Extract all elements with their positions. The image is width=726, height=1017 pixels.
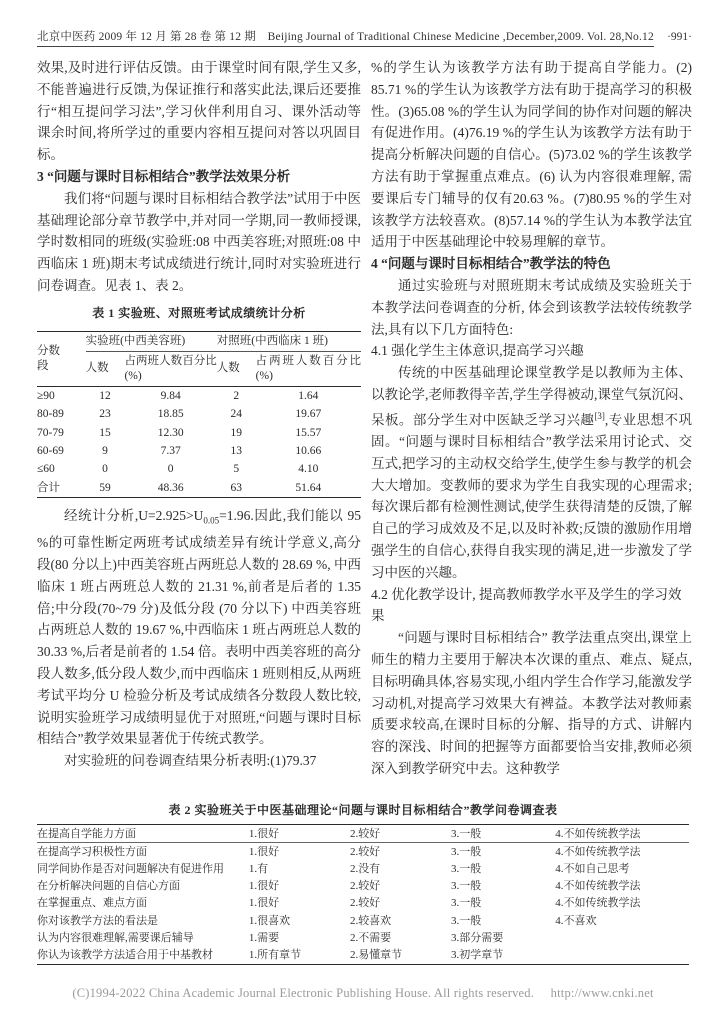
table-row: 你对该教学方法的看法是1.很喜欢2.较喜欢3.一般4.不喜欢 bbox=[37, 912, 689, 929]
table-cell: 认为内容很难理解,需要课后辅导 bbox=[37, 929, 249, 946]
table-cell: 2.较好 bbox=[350, 878, 451, 895]
table-cell: 1.所有章节 bbox=[249, 946, 350, 964]
table-cell: 1.64 bbox=[256, 387, 361, 405]
table-row: 在分析解决问题的自信心方面1.很好2.较好3.一般4.不如传统教学法 bbox=[37, 878, 689, 895]
table-cell: 2.较喜欢 bbox=[350, 912, 451, 929]
table-cell: 3.一般 bbox=[451, 843, 555, 861]
table-cell: 同学间协作是否对问题解决有促进作用 bbox=[37, 860, 249, 877]
paragraph: “问题与课时目标相结合” 教学法重点突出,课堂上师生的精力主要用于解决本次课的重… bbox=[371, 627, 692, 780]
table-cell: 63 bbox=[217, 478, 256, 496]
table-cell: 2.较好 bbox=[350, 825, 451, 843]
table-row: 你认为该教学方法适合用于中基教材1.所有章节2.易懂章节3.初学章节 bbox=[37, 946, 689, 964]
paragraph: 传统的中医基础理论课堂教学是以教师为主体、以教论学,老师教得辛苦,学生学得被动,… bbox=[371, 362, 692, 583]
left-column: 效果,及时进行评估反馈。由于课堂时间有限,学生又多,不能普遍进行反馈,为保证推行… bbox=[37, 57, 361, 772]
table-cell: 4.不如传统教学法 bbox=[555, 825, 689, 843]
table1-subheader: 人数 bbox=[217, 352, 256, 387]
table-cell: 1.很好 bbox=[249, 843, 350, 861]
stat-text-post: =1.96.因此,我们能以 95 %的可靠性断定两班考试成绩差异有统计学意义,高… bbox=[37, 508, 361, 747]
table-cell: 3.一般 bbox=[451, 912, 555, 929]
table1-subheader: 人数 bbox=[86, 352, 125, 387]
paragraph: 对实验班的问卷调查结果分析表明:(1)79.37 bbox=[37, 750, 361, 772]
table-cell: 1.很好 bbox=[249, 825, 350, 843]
table-cell: 13 bbox=[217, 442, 256, 460]
table-cell: 1.很喜欢 bbox=[249, 912, 350, 929]
section-3-heading: 3 “问题与课时目标相结合”教学法效果分析 bbox=[37, 166, 361, 188]
table1-title: 表 1 实验班、对照班考试成绩统计分析 bbox=[37, 303, 361, 325]
table-cell: 1.需要 bbox=[249, 929, 350, 946]
table-row: 在掌握重点、难点方面1.很好2.较好3.一般4.不如传统教学法 bbox=[37, 895, 689, 912]
table-cell: 51.64 bbox=[256, 478, 361, 496]
paragraph-continuation: 效果,及时进行评估反馈。由于课堂时间有限,学生又多,不能普遍进行反馈,为保证推行… bbox=[37, 57, 361, 166]
table-cell: 23 bbox=[86, 405, 125, 423]
table-cell: 9 bbox=[86, 442, 125, 460]
table-row: 同学间协作是否对问题解决有促进作用1.有2.没有3.一般4.不如自己思考 bbox=[37, 860, 689, 877]
table-cell: 3.部分需要 bbox=[451, 929, 555, 946]
table1-seg-header-line2: 段 bbox=[37, 359, 86, 374]
table-row: ≥90129.8421.64 bbox=[37, 387, 361, 405]
table-cell: 4.不喜欢 bbox=[555, 912, 689, 929]
table-row: 70-791512.301915.57 bbox=[37, 423, 361, 441]
table-cell: 3.一般 bbox=[451, 878, 555, 895]
table-cell: 24 bbox=[217, 405, 256, 423]
table-cell: 2.没有 bbox=[350, 860, 451, 877]
table-cell: 2.不需要 bbox=[350, 929, 451, 946]
table-cell: 在提高自学能力方面 bbox=[37, 825, 249, 843]
right-column: %的学生认为该教学方法有助于提高自学能力。(2) 85.71 %的学生认为该教学… bbox=[371, 57, 692, 780]
stat-text-pre: 经统计分析,U=2.925>U bbox=[64, 508, 203, 523]
table-cell: 19.67 bbox=[256, 405, 361, 423]
section-4-2-heading: 4.2 优化教学设计, 提高教师教学水平及学生的学习效果 bbox=[371, 584, 692, 628]
table-row: 在提高学习积极性方面1.很好2.较好3.一般4.不如传统教学法 bbox=[37, 843, 689, 861]
page-number: ·991· bbox=[667, 31, 692, 43]
table1-subheader: 占两班人数百分比(%) bbox=[256, 352, 361, 387]
table-cell: 2.易懂章节 bbox=[350, 946, 451, 964]
table-cell: 19 bbox=[217, 423, 256, 441]
table-row: 合计5948.366351.64 bbox=[37, 478, 361, 496]
table-cell: 1.很好 bbox=[249, 895, 350, 912]
journal-header-line: 北京中医药 2009 年 12 月 第 28 卷 第 12 期 Beijing … bbox=[37, 28, 654, 47]
table-cell: 5 bbox=[217, 460, 256, 478]
table-cell: 1.有 bbox=[249, 860, 350, 877]
table-row: 80-892318.852419.67 bbox=[37, 405, 361, 423]
table-cell: 3.一般 bbox=[451, 860, 555, 877]
section-4-heading: 4 “问题与课时目标相结合”教学法的特色 bbox=[371, 253, 692, 275]
paper-page: 北京中医药 2009 年 12 月 第 28 卷 第 12 期 Beijing … bbox=[0, 0, 726, 1017]
table-cell: 在分析解决问题的自信心方面 bbox=[37, 878, 249, 895]
table-cell: 12 bbox=[86, 387, 125, 405]
table-cell: 18.85 bbox=[124, 405, 216, 423]
table-cell: 12.30 bbox=[124, 423, 216, 441]
table-cell: 7.37 bbox=[124, 442, 216, 460]
section-4-1-heading: 4.1 强化学生主体意识,提高学习兴趣 bbox=[371, 340, 692, 362]
table-cell: 60-69 bbox=[37, 442, 86, 460]
page-header: 北京中医药 2009 年 12 月 第 28 卷 第 12 期 Beijing … bbox=[37, 28, 692, 47]
table1: 分数 段 实验班(中西美容班) 对照班(中西临床 1 班) 人数 占两班人数百分… bbox=[37, 331, 361, 498]
table-cell: ≥90 bbox=[37, 387, 86, 405]
table-cell: 48.36 bbox=[124, 478, 216, 496]
table1-block: 表 1 实验班、对照班考试成绩统计分析 分数 段 实验班(中西美容班) 对照班(… bbox=[37, 303, 361, 498]
table-cell: 你对该教学方法的看法是 bbox=[37, 912, 249, 929]
copyright-text: (C)1994-2022 China Academic Journal Elec… bbox=[72, 986, 534, 1000]
table1-group-ctrl: 对照班(中西临床 1 班) bbox=[217, 332, 361, 352]
table-cell: 合计 bbox=[37, 478, 86, 496]
table-cell bbox=[555, 929, 689, 946]
table-cell: 2 bbox=[217, 387, 256, 405]
paragraph: 通过实验班与对照班期末考试成绩及实验班关于本教学法问卷调查的分析, 体会到该教学… bbox=[371, 275, 692, 340]
table-cell: 4.不如传统教学法 bbox=[555, 878, 689, 895]
paragraph-statistics: 经统计分析,U=2.925>U0.05=1.96.因此,我们能以 95 %的可靠… bbox=[37, 505, 361, 750]
page-footer: (C)1994-2022 China Academic Journal Elec… bbox=[0, 986, 726, 1001]
table-cell: 3.初学章节 bbox=[451, 946, 555, 964]
table1-group-exp: 实验班(中西美容班) bbox=[86, 332, 217, 352]
table-cell: 3.一般 bbox=[451, 825, 555, 843]
table-cell: 你认为该教学方法适合用于中基教材 bbox=[37, 946, 249, 964]
table-row: 60-6997.371310.66 bbox=[37, 442, 361, 460]
table-cell: 4.不如传统教学法 bbox=[555, 895, 689, 912]
cnki-url-link[interactable]: http://www.cnki.net bbox=[551, 986, 654, 1000]
para-text-post: ,专业思想不巩固。“问题与课时目标相结合”教学法采用讨论式、交互式,把学习的主动… bbox=[371, 412, 692, 580]
subscript-005: 0.05 bbox=[203, 516, 219, 526]
table-cell bbox=[555, 946, 689, 964]
table1-group-header-row: 分数 段 实验班(中西美容班) 对照班(中西临床 1 班) bbox=[37, 332, 361, 352]
table-row: ≤600054.10 bbox=[37, 460, 361, 478]
table-cell: 15 bbox=[86, 423, 125, 441]
table-cell: 3.一般 bbox=[451, 895, 555, 912]
table1-seg-header: 分数 段 bbox=[37, 332, 86, 387]
paragraph: 我们将“问题与课时目标相结合教学法”试用于中医基础理论部分章节教学中,并对同一学… bbox=[37, 188, 361, 297]
table-row: 认为内容很难理解,需要课后辅导1.需要2.不需要3.部分需要 bbox=[37, 929, 689, 946]
table2: 在提高自学能力方面1.很好2.较好3.一般4.不如传统教学法 在提高学习积极性方… bbox=[37, 824, 689, 965]
table-cell: 0 bbox=[124, 460, 216, 478]
table-cell: 在掌握重点、难点方面 bbox=[37, 895, 249, 912]
table-row: 在提高自学能力方面1.很好2.较好3.一般4.不如传统教学法 bbox=[37, 825, 689, 843]
table-cell: 1.很好 bbox=[249, 878, 350, 895]
table-cell: 9.84 bbox=[124, 387, 216, 405]
table1-seg-header-line1: 分数 bbox=[37, 344, 86, 359]
table2-title: 表 2 实验班关于中医基础理论“问题与课时目标相结合”教学问卷调查表 bbox=[37, 801, 689, 818]
table-cell: 4.10 bbox=[256, 460, 361, 478]
table-cell: 4.不如自己思考 bbox=[555, 860, 689, 877]
table-cell: 0 bbox=[86, 460, 125, 478]
citation-3: [3] bbox=[594, 411, 605, 421]
table-cell: 在提高学习积极性方面 bbox=[37, 843, 249, 861]
table-cell: ≤60 bbox=[37, 460, 86, 478]
table-cell: 10.66 bbox=[256, 442, 361, 460]
table-cell: 80-89 bbox=[37, 405, 86, 423]
table-cell: 59 bbox=[86, 478, 125, 496]
paragraph-continuation: %的学生认为该教学方法有助于提高自学能力。(2) 85.71 %的学生认为该教学… bbox=[371, 57, 692, 253]
table-cell: 2.较好 bbox=[350, 895, 451, 912]
table-cell: 70-79 bbox=[37, 423, 86, 441]
table-cell: 2.较好 bbox=[350, 843, 451, 861]
table1-subheader: 占两班人数百分比(%) bbox=[124, 352, 216, 387]
table-cell: 15.57 bbox=[256, 423, 361, 441]
table2-block: 表 2 实验班关于中医基础理论“问题与课时目标相结合”教学问卷调查表 在提高自学… bbox=[37, 799, 689, 965]
table1-sub-header-row: 人数 占两班人数百分比(%) 人数 占两班人数百分比(%) bbox=[37, 352, 361, 387]
table-cell: 4.不如传统教学法 bbox=[555, 843, 689, 861]
